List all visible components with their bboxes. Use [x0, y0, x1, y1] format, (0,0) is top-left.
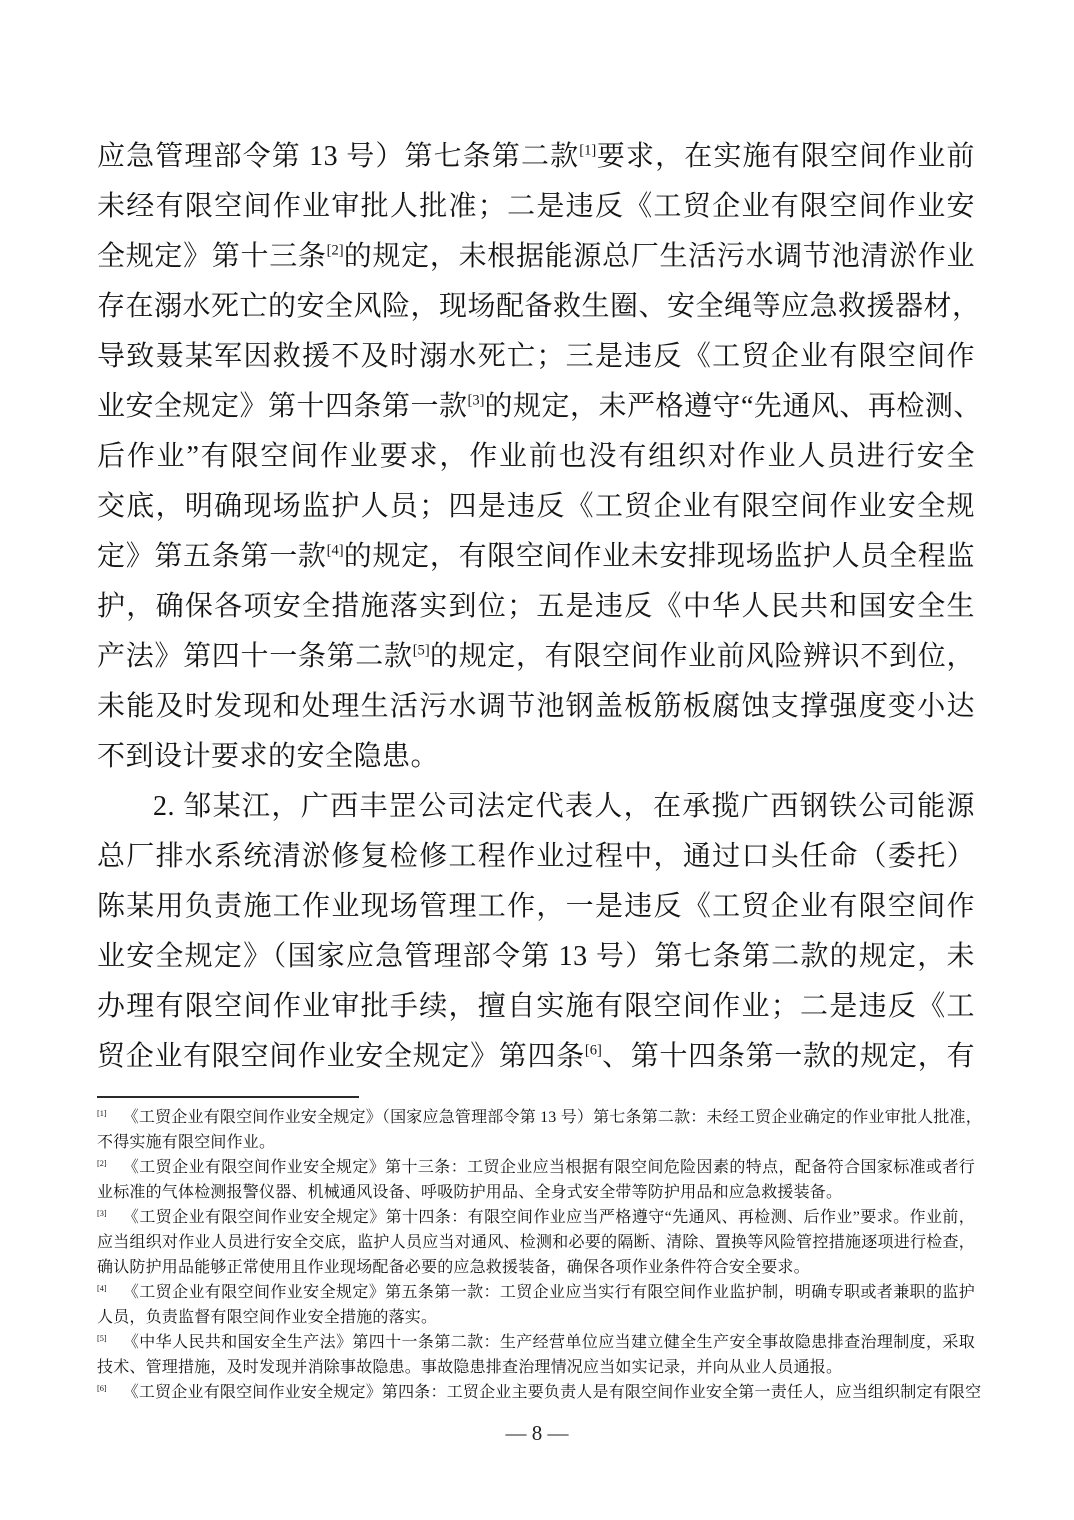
footnote-ref: [1]	[97, 1109, 107, 1118]
document-page: 应急管理部令第 13 号）第七条第二款[1]要求，在实施有限空间作业前未经有限空…	[0, 0, 1074, 1520]
footnote-ref: [2]	[97, 1159, 107, 1168]
text-line: 应当组织对作业人员进行安全交底，监护人员应当对通风、检测和必要的隔断、清除、置换…	[97, 1230, 975, 1255]
text-line: 未经有限空间作业审批人批准；二是违反《工贸企业有限空间作业安	[97, 182, 975, 232]
footnote-separator	[97, 1096, 359, 1098]
footnote: [6]《工贸企业有限空间作业安全规定》第四条：工贸企业主要负责人是有限空间作业安…	[97, 1380, 975, 1405]
footnote-ref: [6]	[585, 1043, 602, 1059]
text-line: 业安全规定》（国家应急管理部令第 13 号）第七条第二款的规定，未	[97, 932, 975, 982]
text-line: [5]《中华人民共和国安全生产法》第四十一条第二款：生产经营单位应当建立健全生产…	[97, 1330, 975, 1355]
text-line: 不到设计要求的安全隐患。	[97, 732, 975, 782]
page-footer: — 8 —	[0, 1421, 1074, 1446]
text-line: 应急管理部令第 13 号）第七条第二款[1]要求，在实施有限空间作业前	[97, 132, 975, 182]
text-line: 贸企业有限空间作业安全规定》第四条[6]、第十四条第一款的规定，有	[97, 1032, 975, 1082]
text-line: 确认防护用品能够正常使用且作业现场配备必要的应急救援装备，确保各项作业条件符合安…	[97, 1255, 975, 1280]
text-line: 存在溺水死亡的安全风险，现场配备救生圈、安全绳等应急救援器材，	[97, 282, 975, 332]
text-line: 总厂排水系统清淤修复检修工程作业过程中，通过口头任命（委托）	[97, 832, 975, 882]
footnote-ref: [5]	[413, 643, 430, 659]
text-line: 不得实施有限空间作业。	[97, 1130, 975, 1155]
text-line: 未能及时发现和处理生活污水调节池钢盖板筋板腐蚀支撑强度变小达	[97, 682, 975, 732]
text-line: 后作业”有限空间作业要求，作业前也没有组织对作业人员进行安全	[97, 432, 975, 482]
text-line: [2]《工贸企业有限空间作业安全规定》第十三条：工贸企业应当根据有限空间危险因素…	[97, 1155, 975, 1180]
footnote-ref: [4]	[327, 543, 344, 559]
footnote-ref: [2]	[327, 243, 344, 259]
text-line: 定》第五条第一款[4]的规定，有限空间作业未安排现场监护人员全程监	[97, 532, 975, 582]
text-line: 人员，负责监督有限空间作业安全措施的落实。	[97, 1305, 975, 1330]
text-line: 产法》第四十一条第二款[5]的规定，有限空间作业前风险辨识不到位，	[97, 632, 975, 682]
text-line: 业标准的气体检测报警仪器、机械通风设备、呼吸防护用品、全身式安全带等防护用品和应…	[97, 1180, 975, 1205]
text-line: 技术、管理措施，及时发现并消除事故隐患。事故隐患排查治理情况应当如实记录，并向从…	[97, 1355, 975, 1380]
footnote-ref: [4]	[97, 1284, 107, 1293]
paragraph: 应急管理部令第 13 号）第七条第二款[1]要求，在实施有限空间作业前未经有限空…	[97, 132, 975, 782]
text-line: 办理有限空间作业审批手续，擅自实施有限空间作业；二是违反《工	[97, 982, 975, 1032]
text-line: [4]《工贸企业有限空间作业安全规定》第五条第一款：工贸企业应当实行有限空间作业…	[97, 1280, 975, 1305]
text-line: 导致聂某军因救援不及时溺水死亡；三是违反《工贸企业有限空间作	[97, 332, 975, 382]
page-number: — 8 —	[506, 1421, 569, 1445]
footnote-ref: [5]	[97, 1334, 107, 1343]
footnote: [3]《工贸企业有限空间作业安全规定》第十四条：有限空间作业应当严格遵守“先通风…	[97, 1205, 975, 1280]
footnote-ref: [3]	[468, 393, 485, 409]
text-line: 全规定》第十三条[2]的规定，未根据能源总厂生活污水调节池清淤作业	[97, 232, 975, 282]
footnote: [1]《工贸企业有限空间作业安全规定》（国家应急管理部令第 13 号）第七条第二…	[97, 1105, 975, 1155]
text-line: 交底，明确现场监护人员；四是违反《工贸企业有限空间作业安全规	[97, 482, 975, 532]
footnote: [5]《中华人民共和国安全生产法》第四十一条第二款：生产经营单位应当建立健全生产…	[97, 1330, 975, 1380]
text-line: 2. 邹某江，广西丰罡公司法定代表人，在承揽广西钢铁公司能源	[97, 782, 975, 832]
footnote-ref: [6]	[97, 1384, 107, 1393]
footnote: [2]《工贸企业有限空间作业安全规定》第十三条：工贸企业应当根据有限空间危险因素…	[97, 1155, 975, 1205]
text-line: [3]《工贸企业有限空间作业安全规定》第十四条：有限空间作业应当严格遵守“先通风…	[97, 1205, 975, 1230]
text-line: 陈某用负责施工作业现场管理工作，一是违反《工贸企业有限空间作	[97, 882, 975, 932]
text-line: 护，确保各项安全措施落实到位；五是违反《中华人民共和国安全生	[97, 582, 975, 632]
footnote-ref: [3]	[97, 1209, 107, 1218]
text-line: [1]《工贸企业有限空间作业安全规定》（国家应急管理部令第 13 号）第七条第二…	[97, 1105, 975, 1130]
text-line: 业安全规定》第十四条第一款[3]的规定，未严格遵守“先通风、再检测、	[97, 382, 975, 432]
footnotes: [1]《工贸企业有限空间作业安全规定》（国家应急管理部令第 13 号）第七条第二…	[97, 1105, 975, 1405]
text-line: [6]《工贸企业有限空间作业安全规定》第四条：工贸企业主要负责人是有限空间作业安…	[97, 1380, 975, 1405]
footnote-ref: [1]	[579, 143, 596, 159]
body-text: 应急管理部令第 13 号）第七条第二款[1]要求，在实施有限空间作业前未经有限空…	[97, 132, 975, 1082]
paragraph: 2. 邹某江，广西丰罡公司法定代表人，在承揽广西钢铁公司能源总厂排水系统清淤修复…	[97, 782, 975, 1082]
footnote: [4]《工贸企业有限空间作业安全规定》第五条第一款：工贸企业应当实行有限空间作业…	[97, 1280, 975, 1330]
